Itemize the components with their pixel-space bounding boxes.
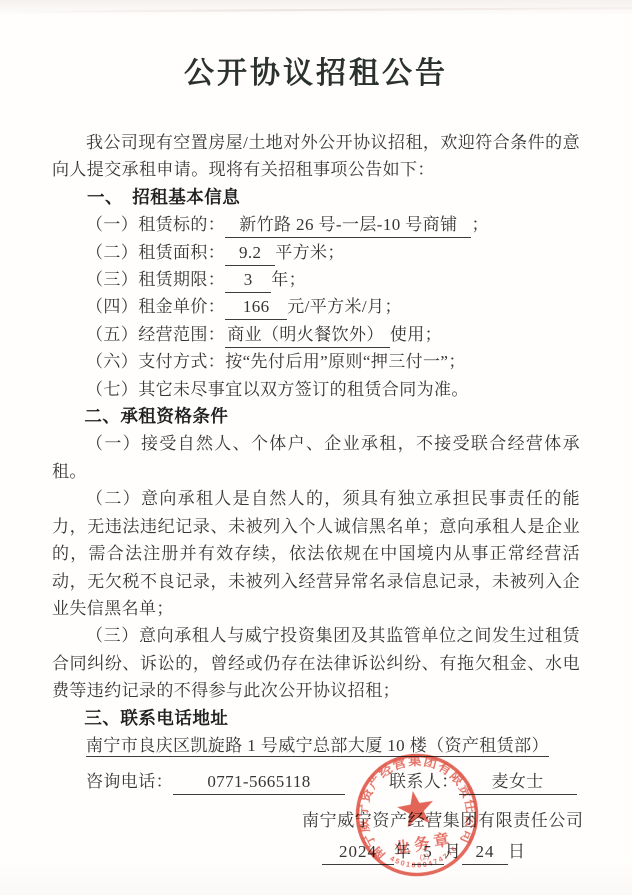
item-label: （一）租赁标的： bbox=[86, 215, 225, 234]
qualification-item-1: （一）接受自然人、个体户、企业承租，不接受联合经营体承租。 bbox=[52, 430, 580, 485]
document-page: 公开协议招租公告 我公司现有空置房屋/土地对外公开协议招租，欢迎符合条件的意向人… bbox=[0, 0, 632, 895]
contact-paragraph: 咨询电话：0771-5665118联系人：麦女士 bbox=[52, 768, 580, 795]
section1-heading: 一、 招租基本信息 bbox=[52, 184, 580, 211]
item-label: （五）经营范围： bbox=[86, 325, 225, 344]
list-item-payment: （六）支付方式：按“先付后用”原则“押三付一”； bbox=[52, 348, 580, 375]
page-title: 公开协议招租公告 bbox=[52, 48, 580, 92]
item-label: （四）租金单价： bbox=[86, 297, 225, 316]
item-suffix: 平方米； bbox=[275, 243, 345, 262]
list-item-area: （二）租赁面积：9.2平方米； bbox=[52, 239, 580, 266]
item-value-underlined: 新竹路 26 号-一层-10 号商铺 bbox=[225, 213, 471, 238]
section3-heading: 三、联系电话地址 bbox=[52, 705, 580, 732]
list-item-price: （四）租金单价：166元/平方米/月； bbox=[52, 293, 580, 320]
item-value-underlined: 3 bbox=[225, 268, 271, 293]
seal-star-icon bbox=[395, 788, 437, 829]
list-item-term: （三）租赁期限：3年； bbox=[52, 266, 580, 293]
seal-sub-label: (2) bbox=[419, 851, 430, 862]
item-label: （二）租赁面积： bbox=[86, 243, 225, 262]
item-suffix: 年； bbox=[271, 270, 306, 289]
date-day-unit: 日 bbox=[508, 842, 526, 861]
official-seal: 南宁威宁资产经营集团有限责任公司 业务章 (2) 4501080474776 bbox=[343, 741, 491, 889]
qualification-item-2: （二）意向承租人是自然人的，须具有独立承担民事责任的能力，无违法违纪记录、未被列… bbox=[52, 485, 580, 622]
qualification-item-3: （三）意向承租人与威宁投资集团及其监管单位之间发生过租赁合同纠纷、诉讼的，曾经或… bbox=[52, 622, 580, 704]
intro-paragraph: 我公司现有空置房屋/土地对外公开协议招租，欢迎符合条件的意向人提交承租申请。现将… bbox=[52, 129, 580, 184]
item-suffix: 元/平方米/月； bbox=[287, 297, 402, 316]
list-item-scope: （五）经营范围：商业（明火餐饮外）使用； bbox=[52, 321, 580, 348]
phone-label: 咨询电话： bbox=[86, 772, 173, 791]
phone-value-underlined: 0771-5665118 bbox=[173, 770, 345, 795]
list-item-subject: （一）租赁标的：新竹路 26 号-一层-10 号商铺； bbox=[52, 211, 580, 238]
item-suffix: 使用； bbox=[390, 325, 442, 344]
item-value-underlined: 166 bbox=[225, 295, 287, 320]
address-underlined: 南宁市良庆区凯旋路 1 号威宁总部大厦 10 楼（资产租赁部） bbox=[86, 736, 549, 757]
item-suffix: ； bbox=[471, 215, 488, 234]
address-paragraph: 南宁市良庆区凯旋路 1 号威宁总部大厦 10 楼（资产租赁部） bbox=[52, 732, 580, 759]
item-value-underlined: 9.2 bbox=[225, 241, 275, 266]
list-item-other: （七）其它未尽事宜以双方签订的租赁合同为准。 bbox=[52, 376, 580, 403]
item-value-underlined: 商业（明火餐饮外） bbox=[225, 323, 390, 348]
document-content: 公开协议招租公告 我公司现有空置房屋/土地对外公开协议招租，欢迎符合条件的意向人… bbox=[0, 0, 632, 796]
item-label: （三）租赁期限： bbox=[86, 270, 225, 289]
section2-heading: 二、承租资格条件 bbox=[52, 403, 580, 430]
